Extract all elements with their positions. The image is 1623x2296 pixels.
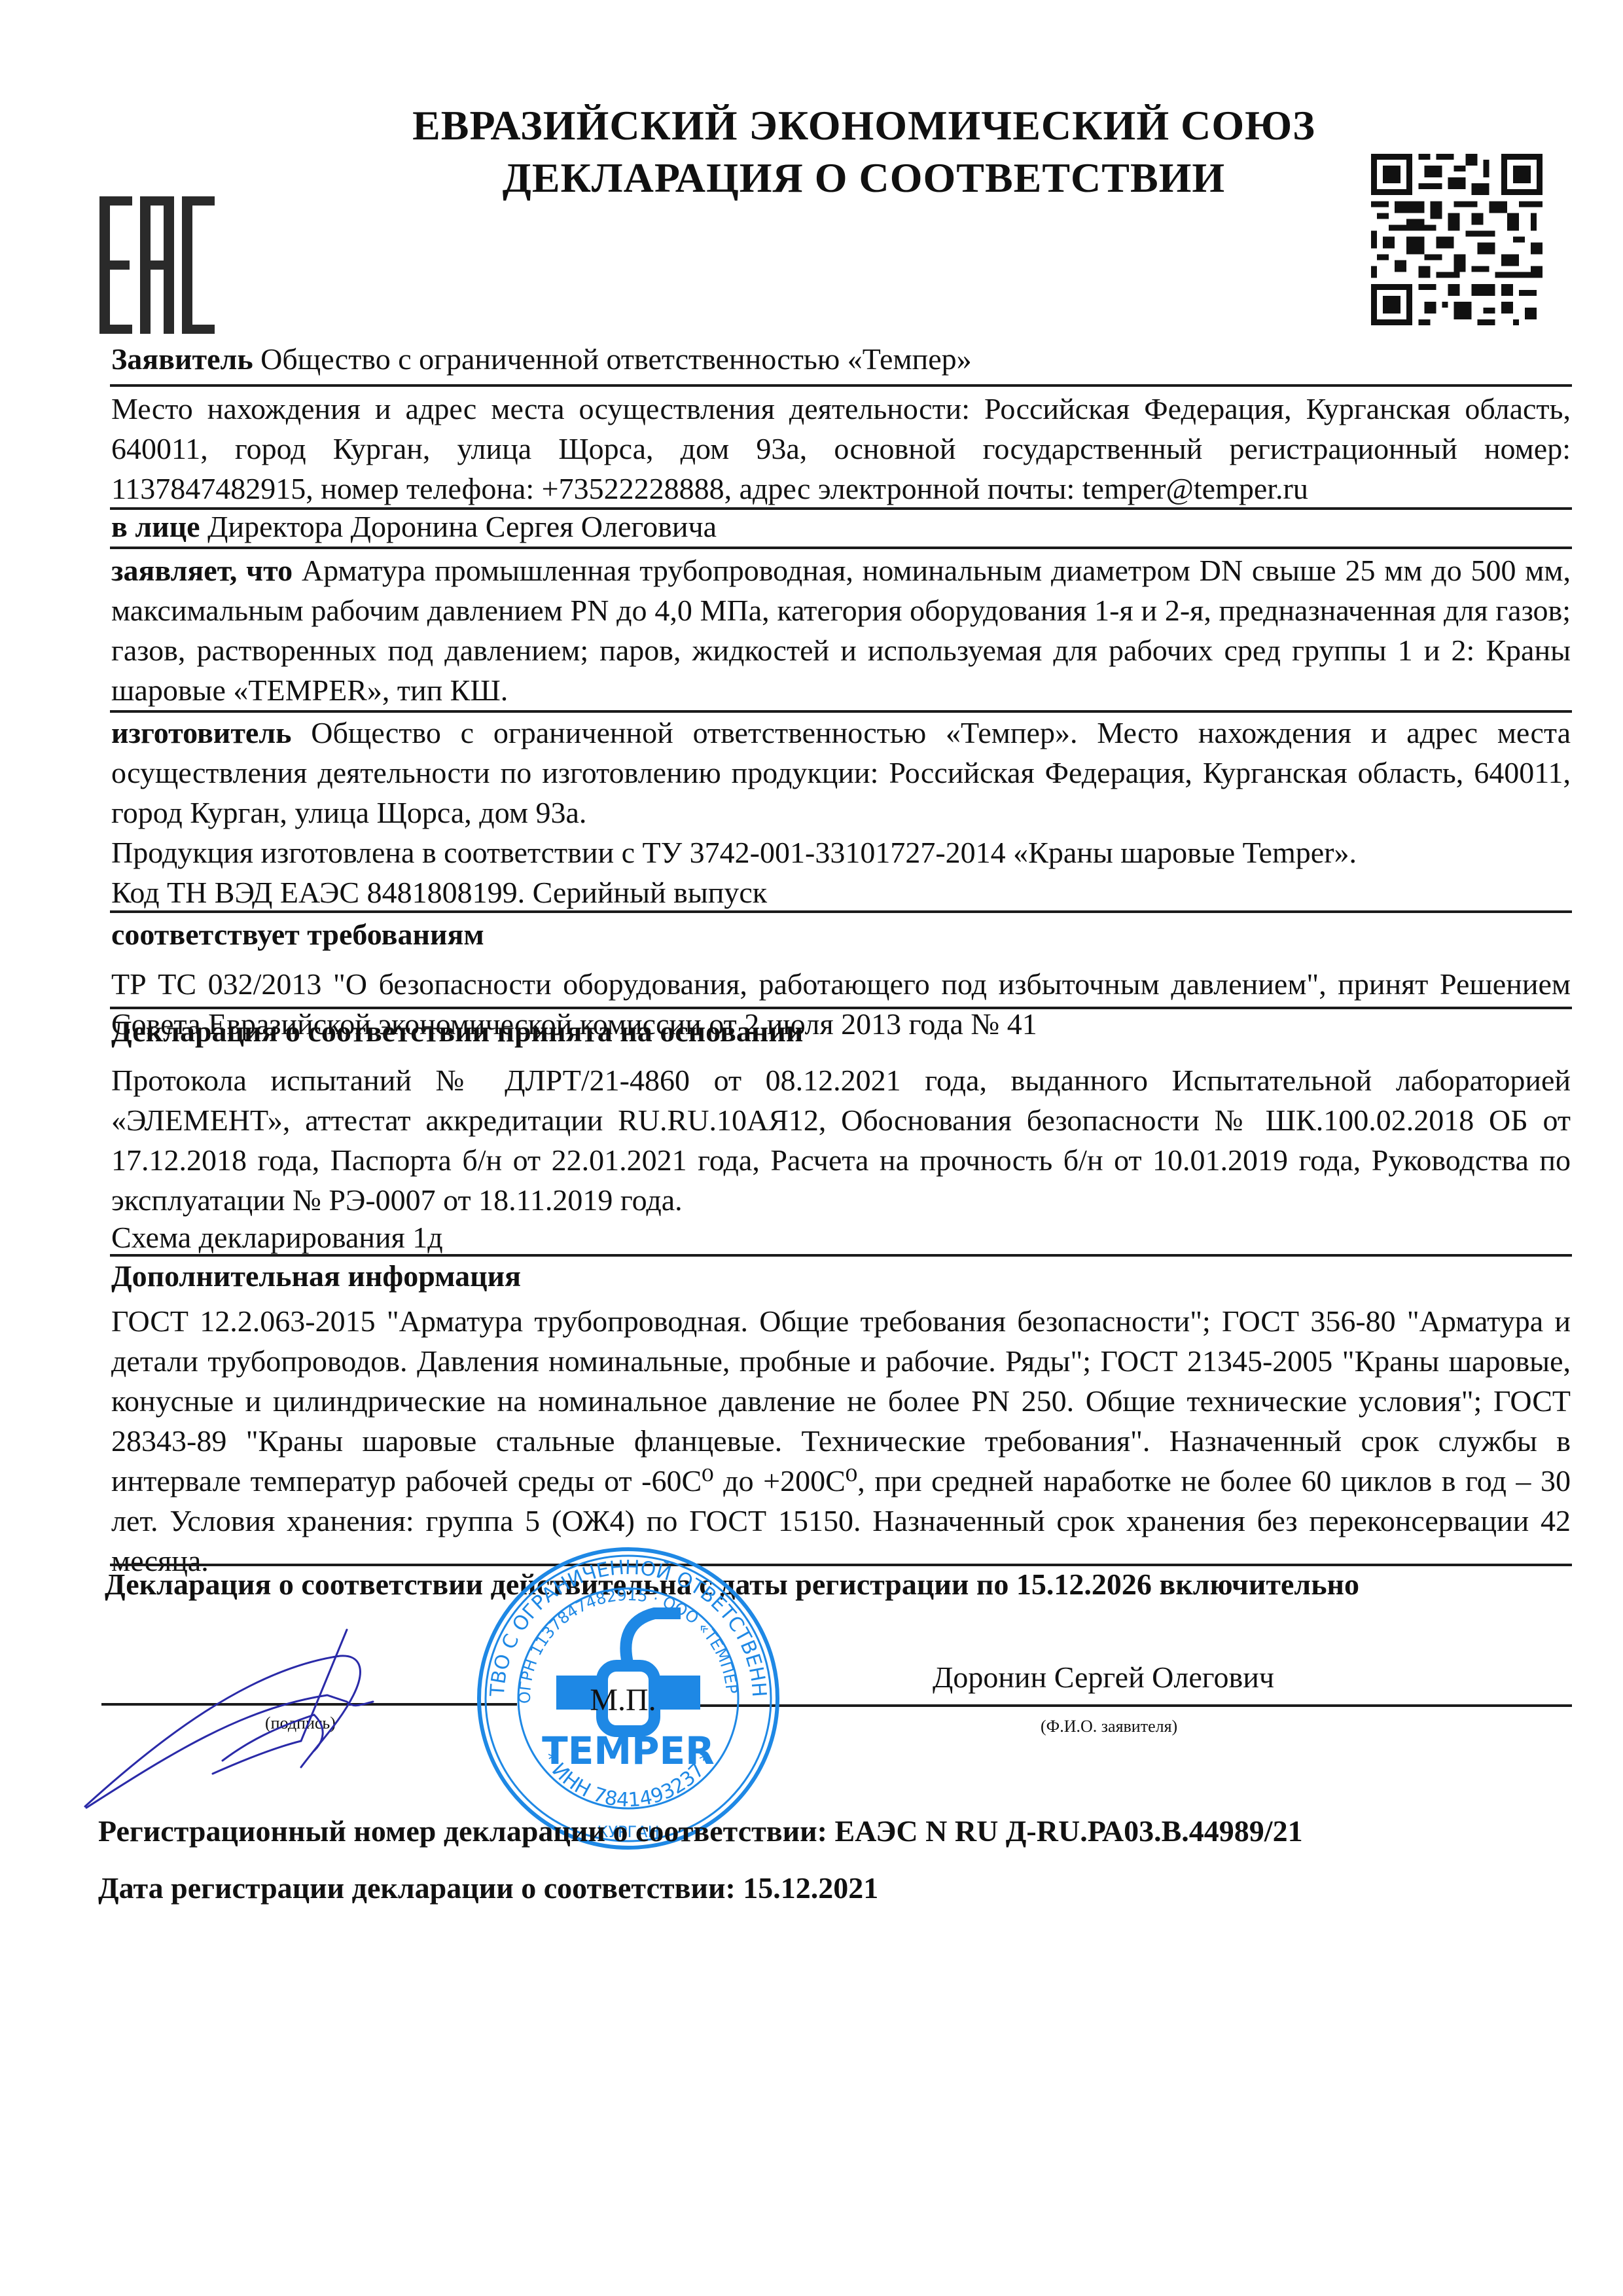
- divider: [110, 1564, 1572, 1566]
- company-stamp-icon: ОБЩЕСТВО С ОГРАНИЧЕННОЙ ОТВЕТСТВЕННОСТЬЮ…: [471, 1541, 785, 1856]
- represented-by-label: в лице: [111, 510, 200, 543]
- document-title: ДЕКЛАРАЦИЯ О СООТВЕТСТВИИ: [366, 157, 1361, 199]
- manufacturer-spec: Продукция изготовлена в соответствии с Т…: [111, 833, 1571, 872]
- additional-heading: Дополнительная информация: [111, 1261, 521, 1291]
- applicant-label: Заявитель: [111, 342, 253, 376]
- declares-label: заявляет, что: [111, 554, 293, 587]
- requirements-heading: соответствует требованиям: [111, 920, 484, 950]
- basis-text: Протокола испытаний № ДЛРТ/21-4860 от 08…: [111, 1060, 1571, 1220]
- manufacturer-block: изготовитель Общество с ограниченной отв…: [111, 713, 1571, 833]
- registration-date-row: Дата регистрации декларации о соответств…: [98, 1873, 878, 1903]
- divider: [110, 910, 1572, 913]
- additional-text: ГОСТ 12.2.063-2015 "Арматура трубопровод…: [111, 1301, 1571, 1581]
- registration-date-label: Дата регистрации декларации о соответств…: [98, 1871, 736, 1905]
- qr-code-icon: [1371, 154, 1543, 325]
- divider: [110, 1254, 1572, 1257]
- divider: [110, 1007, 1572, 1009]
- basis-heading: Декларация о соответствии принята на осн…: [111, 1016, 803, 1047]
- declaration-page: ЕВРАЗИЙСКИЙ ЭКОНОМИЧЕСКИЙ СОЮЗ ДЕКЛАРАЦИ…: [0, 0, 1623, 2296]
- represented-by-value: Директора Доронина Сергея Олеговича: [207, 510, 717, 543]
- declares-block: заявляет, что Арматура промышленная труб…: [111, 550, 1571, 710]
- registration-date-value: 15.12.2021: [743, 1871, 878, 1905]
- union-title: ЕВРАЗИЙСКИЙ ЭКОНОМИЧЕСКИЙ СОЮЗ: [366, 105, 1361, 147]
- handwritten-signature-icon: [79, 1610, 419, 1820]
- manufacturer-value: Общество с ограниченной ответственностью…: [111, 716, 1571, 829]
- address-block: Место нахождения и адрес места осуществл…: [111, 389, 1571, 509]
- applicant-value: Общество с ограниченной ответственностью…: [260, 342, 971, 376]
- basis-scheme: Схема декларирования 1д: [111, 1217, 1571, 1257]
- divider: [110, 384, 1572, 387]
- signer-caption: (Ф.И.О. заявителя): [1041, 1718, 1177, 1735]
- registration-number-row: Регистрационный номер декларации о соотв…: [98, 1816, 1303, 1846]
- stamp-mark: М.П.: [590, 1683, 656, 1717]
- manufacturer-code: Код ТН ВЭД ЕАЭС 8481808199. Серийный вып…: [111, 872, 1571, 912]
- manufacturer-label: изготовитель: [111, 716, 291, 749]
- represented-by-row: в лице Директора Доронина Сергея Олегови…: [111, 507, 1571, 547]
- svg-text:TEMPER: TEMPER: [542, 1729, 715, 1773]
- signer-name-line: [688, 1704, 1572, 1707]
- registration-number-label: Регистрационный номер декларации о соотв…: [98, 1814, 827, 1848]
- signer-name: Доронин Сергей Олегович: [933, 1662, 1274, 1693]
- registration-number-value: ЕАЭС N RU Д-RU.РА03.В.44989/21: [834, 1814, 1302, 1848]
- eac-logo-icon: [99, 196, 215, 334]
- declares-value: Арматура промышленная трубопроводная, но…: [111, 554, 1571, 707]
- applicant-row: Заявитель Общество с ограниченной ответс…: [111, 339, 1571, 379]
- divider: [110, 547, 1572, 549]
